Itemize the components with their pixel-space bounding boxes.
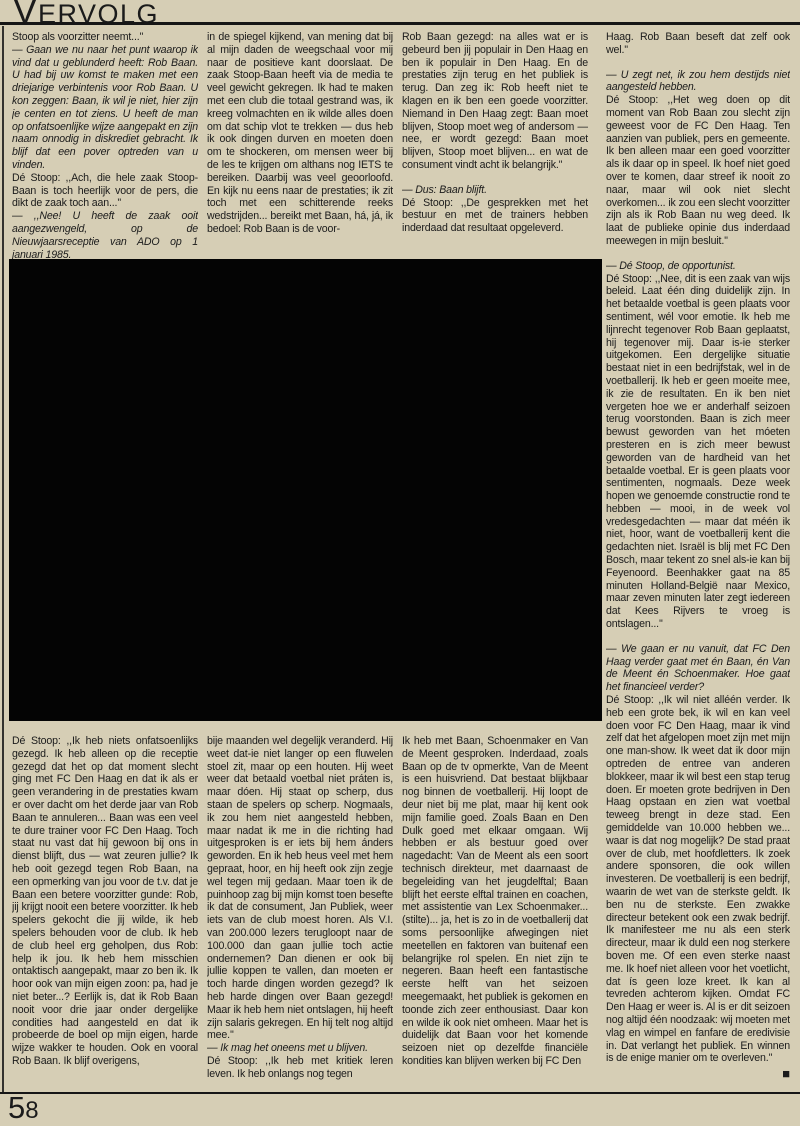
masthead-initial: V	[13, 0, 38, 31]
footer-rule	[0, 1092, 800, 1094]
magazine-page: VERVOLG Stoop als voorzitter neemt...''—…	[0, 0, 800, 1126]
interview-answer: Dé Stoop: ,,Nee, dit is een zaak van wij…	[606, 273, 790, 631]
article-end-marker: ■	[606, 1067, 790, 1080]
article-column-1-bottom: Dé Stoop: ,,Ik heb niets onfatsoenlijks …	[12, 735, 198, 1091]
interview-question: — We gaan er nu vanuit, dat FC Den Haag …	[606, 643, 790, 694]
header-rule	[0, 22, 800, 25]
interview-answer: Dé Stoop: ,,Het weg doen op dit moment v…	[606, 94, 790, 248]
interview-question: — Gaan we nu naar het punt waarop ik vin…	[12, 44, 198, 172]
interview-answer: Stoop als voorzitter neemt...''	[12, 31, 198, 44]
interview-answer: Dé Stoop: ,,Ik wil niet alléén verder. I…	[606, 694, 790, 1065]
page-number-rest: 8	[25, 1097, 38, 1124]
interview-answer: Haag. Rob Baan beseft dat zelf ook wel.'…	[606, 31, 790, 57]
interview-answer: Dé Stoop: ,,Ik heb niets onfatsoenlijks …	[12, 735, 198, 1068]
interview-answer: in de spiegel kijkend, van mening dat bi…	[207, 31, 393, 236]
interview-answer: bije maanden wel degelijk veranderd. Hij…	[207, 735, 393, 1042]
redacted-photo	[9, 259, 602, 721]
article-column-3-top: Rob Baan gezegd: na alles wat er is gebe…	[402, 31, 588, 259]
article-column-2-top: in de spiegel kijkend, van mening dat bi…	[207, 31, 393, 259]
interview-answer: Rob Baan gezegd: na alles wat er is gebe…	[402, 31, 588, 172]
interview-answer: Dé Stoop: ,,De gesprekken met het bestuu…	[402, 197, 588, 235]
interview-question: — Dé Stoop, de opportunist.	[606, 260, 790, 273]
interview-question: — Dus: Baan blijft.	[402, 184, 588, 197]
interview-question: — Ik mag het oneens met u blijven.	[207, 1042, 393, 1055]
page-number-initial: 5	[8, 1090, 25, 1125]
interview-answer: Dé Stoop: ,,Ach, die hele zaak Stoop-Baa…	[12, 172, 198, 210]
interview-answer: Dé Stoop: ,,Ik heb met kritiek leren lev…	[207, 1055, 393, 1081]
article-column-1-top: Stoop als voorzitter neemt...''— Gaan we…	[12, 31, 198, 259]
left-page-rule	[2, 26, 4, 1092]
article-column-4: Haag. Rob Baan beseft dat zelf ook wel.'…	[606, 31, 790, 1089]
page-number: 58	[8, 1092, 39, 1126]
article-column-3-bottom: Ik heb met Baan, Schoenmaker en Van de M…	[402, 735, 588, 1091]
interview-question: — ,,Nee! U heeft de zaak ooit aangezweng…	[12, 210, 198, 259]
interview-answer: Ik heb met Baan, Schoenmaker en Van de M…	[402, 735, 588, 1068]
interview-question: — U zegt net, ik zou hem destijds niet a…	[606, 69, 790, 95]
article-column-2-bottom: bije maanden wel degelijk veranderd. Hij…	[207, 735, 393, 1091]
